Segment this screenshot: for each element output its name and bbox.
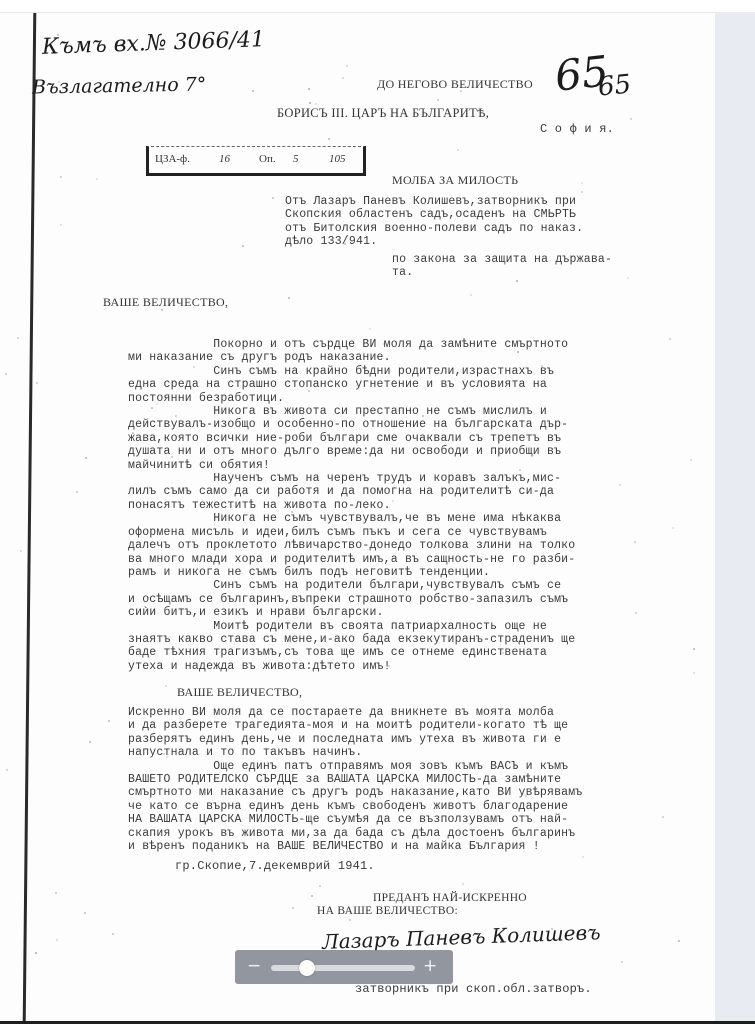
letter-line: действувалъ-изобщо и особенно-по отношен…: [128, 418, 575, 431]
closing-line-2: НА ВАШЕ ВЕЛИЧЕСТВО:: [317, 905, 458, 918]
paper-speck: [462, 883, 464, 885]
salutation-2: ВАШЕ ВЕЛИЧЕСТВО,: [177, 686, 302, 699]
letter-line: Покорно и отъ сърдце ВИ моля да замѣните…: [128, 338, 575, 351]
paper-speck: [669, 338, 671, 340]
paper-speck: [581, 191, 583, 193]
paper-speck: [516, 280, 518, 282]
paper-speck: [619, 484, 621, 486]
paper-speck: [457, 149, 459, 151]
zoom-out-button[interactable]: −: [247, 956, 261, 976]
letter-line: и осѣщамъ се българинъ,въпреки страшното…: [128, 593, 575, 606]
paper-speck: [662, 816, 664, 818]
paper-speck: [470, 294, 472, 296]
letter-line: Никога не съмъ чувствувалъ,че въ мене им…: [128, 512, 575, 525]
stamp-archive: ЦЗА-ф.: [155, 153, 190, 165]
paper-speck: [693, 672, 695, 674]
archive-stamp: ЦЗА-ф. 16 Оп. 5 105: [146, 146, 366, 176]
closing-line-1: ПРЕДАНЪ НАЙ-ИСКРЕННО: [373, 892, 527, 905]
paper-speck: [621, 961, 623, 963]
paper-speck: [17, 337, 19, 339]
sender-block: Отъ Лазаръ Паневъ Колишевъ,затворникъ пр…: [285, 195, 583, 249]
viewer-side-panel: [715, 12, 755, 1022]
stamp-fond: 16: [219, 153, 230, 165]
paper-speck: [346, 65, 348, 67]
letter-line: душата ни и отъ много дълго време:да ни …: [128, 445, 575, 458]
paper-speck: [369, 328, 371, 330]
addressee-line-2: БОРИСЪ III. ЦАРЪ НА БЪЛГАРИТѢ,: [277, 107, 489, 120]
letter-line: Никога въ живота си престапно не съмъ ми…: [128, 405, 575, 418]
paper-speck: [85, 457, 87, 459]
salutation: ВАШЕ ВЕЛИЧЕСТВО,: [103, 296, 228, 309]
paper-speck: [319, 885, 321, 887]
addressee-line-1: ДО НЕГОВО ВЕЛИЧЕСТВО: [377, 78, 533, 91]
letter-line: и да разберете трагедията-моя и на моитѣ…: [128, 719, 582, 732]
zoom-in-button[interactable]: +: [423, 956, 437, 976]
signer-title: затворникъ при скоп.обл.затворъ.: [355, 983, 592, 996]
letter-line: ВАШЕТО РОДИТЕЛСКО СЪРДЦЕ за ВАШАТА ЦАРСК…: [128, 773, 582, 786]
stamp-item: 105: [329, 153, 346, 165]
paper-speck: [108, 720, 110, 722]
paper-speck: [690, 459, 692, 461]
paper-speck: [242, 245, 244, 247]
letter-line: лилъ съмъ само да си работя и да помогна…: [128, 485, 575, 498]
paper-speck: [5, 373, 7, 375]
paper-speck: [60, 176, 62, 178]
paper-speck: [35, 952, 37, 954]
letter-line: утеха и надежда въ живота:дѣтето имъ!: [128, 660, 575, 673]
letter-line: и вѣренъ поданикъ на ВАШЕ ВЕЛИЧЕСТВО и н…: [128, 840, 582, 853]
law-line: та.: [392, 266, 612, 279]
letter-line: че като се върна единъ день къмъ свободе…: [128, 800, 582, 813]
letter-line: скапия урокъ въ живота ми,за да бада съ …: [128, 827, 582, 840]
paper-speck: [76, 491, 78, 493]
paper-speck: [252, 90, 254, 92]
paper-speck: [311, 895, 313, 897]
letter-line: Още единъ патъ отправямъ моя зовъ къмъ В…: [128, 760, 582, 773]
letter-line: Синъ съмъ на крайно бѣдни родители,израс…: [128, 365, 575, 378]
paper-speck: [581, 182, 583, 184]
paper-speck: [308, 88, 310, 90]
paper-speck: [292, 907, 294, 909]
letter-body: Покорно и отъ сърдце ВИ моля да замѣните…: [128, 338, 575, 673]
paper-speck: [315, 103, 317, 105]
paper-speck: [309, 102, 311, 104]
document-page: Къмъ вх.№ 3066/41 Възлагателно 7° 65 65 …: [0, 13, 715, 1021]
paper-speck: [56, 939, 58, 941]
zoom-control: − +: [235, 950, 453, 984]
viewer-top-bar: [0, 0, 755, 13]
letter-line: постоянни безработици.: [128, 392, 575, 405]
letter-line: оформена мисъль и идеи,билъ съмъ пъкъ и …: [128, 526, 575, 539]
letter-line: майчинитѣ си обятия!: [128, 459, 575, 472]
paper-speck: [437, 99, 439, 101]
signature: Лазаръ Паневъ Колишевъ: [322, 920, 601, 954]
letter-line: баде тѣхния трагизъмъ,съ това ще имъ се …: [128, 646, 575, 659]
letter-line: понасятъ тежеститѣ на живота по-леко.: [128, 499, 575, 512]
paper-speck: [84, 912, 86, 914]
paper-speck: [678, 940, 680, 942]
letter-line: ва много млади хора и родителитѣ имъ,а в…: [128, 553, 575, 566]
paper-speck: [328, 138, 330, 140]
paper-speck: [36, 382, 38, 384]
zoom-slider[interactable]: [271, 965, 415, 971]
paper-speck: [165, 685, 167, 687]
handwritten-reference: Къмъ вх.№ 3066/41: [42, 27, 266, 60]
page-left-border: [23, 13, 37, 1021]
letter-line: жава,която всички ние-роби българи сме о…: [128, 432, 575, 445]
paper-speck: [60, 224, 62, 226]
paper-speck: [627, 277, 629, 279]
paper-speck: [288, 297, 290, 299]
paper-speck: [693, 648, 695, 650]
stamp-opis: 5: [293, 153, 299, 165]
paper-speck: [349, 919, 351, 921]
paper-speck: [635, 612, 637, 614]
document-title: МОЛБА ЗА МИЛОСТЬ: [392, 174, 518, 187]
letter-line: напустнала и то по такъвъ начинъ.: [128, 746, 582, 759]
letter-line: знаятъ какво става съ мене,и-ако бада ек…: [128, 633, 575, 646]
law-reference: по закона за защита на държава- та.: [392, 253, 612, 280]
paper-speck: [89, 741, 91, 743]
paper-speck: [112, 933, 114, 935]
letter-line: ми наказание съ другъ родъ наказание.: [128, 351, 575, 364]
paper-speck: [582, 856, 584, 858]
stamp-opis-label: Оп.: [259, 153, 276, 165]
letter-line: една среда на страшно стопанско угнетени…: [128, 378, 575, 391]
sender-line: отъ Битолския военно-полеви садъ по нака…: [285, 222, 583, 235]
paper-speck: [96, 178, 98, 180]
paper-speck: [634, 541, 636, 543]
zoom-slider-handle[interactable]: [299, 960, 315, 976]
paper-speck: [55, 892, 57, 894]
letter-line: сиѝи битъ,и езикъ и нрави български.: [128, 606, 575, 619]
letter-line: смъртното ми наказание съ другъ родъ нак…: [128, 786, 582, 799]
letter-line: Синъ съмъ на родители българи,чувствувал…: [128, 579, 575, 592]
letter-line: НА ВАШАТА ЦАРСКА МИЛОСТЬ-ще съумѣя да се…: [128, 813, 582, 826]
letter-line: рамъ и никога не съмъ билъ подъ неговитѣ…: [128, 566, 575, 579]
sender-line: Скопския областенъ садъ,осаденъ на СМЬРТ…: [285, 208, 583, 221]
page-number-small: 65: [597, 69, 633, 102]
letter-line: Искренно ВИ моля да се постараете да вни…: [128, 706, 582, 719]
letter-body-continued: Искренно ВИ моля да се постараете да вни…: [128, 706, 582, 853]
sender-line: Отъ Лазаръ Паневъ Колишевъ,затворникъ пр…: [285, 195, 583, 208]
paper-speck: [272, 197, 274, 199]
paper-speck: [20, 550, 22, 552]
date-place: гр.Скопие,7.декемврий 1941.: [175, 860, 375, 873]
letter-line: Наученъ съмъ на черенъ трудъ и коравъ за…: [128, 472, 575, 485]
law-line: по закона за защита на държава-: [392, 253, 612, 266]
letter-line: далечъ отъ проклетото лѣвичарство-донедо…: [128, 539, 575, 552]
paper-speck: [342, 77, 344, 79]
paper-speck: [6, 769, 8, 771]
handwritten-note: Възлагателно 7°: [32, 73, 207, 98]
sender-line: дѣло 133/941.: [285, 235, 583, 248]
letter-line: разберятъ единъ день,че и последната имъ…: [128, 733, 582, 746]
letter-line: Моитѣ родители въ своята патриархалность…: [128, 620, 575, 633]
paper-speck: [630, 118, 632, 120]
city: С о ф и я.: [540, 123, 614, 136]
paper-speck: [672, 527, 674, 529]
